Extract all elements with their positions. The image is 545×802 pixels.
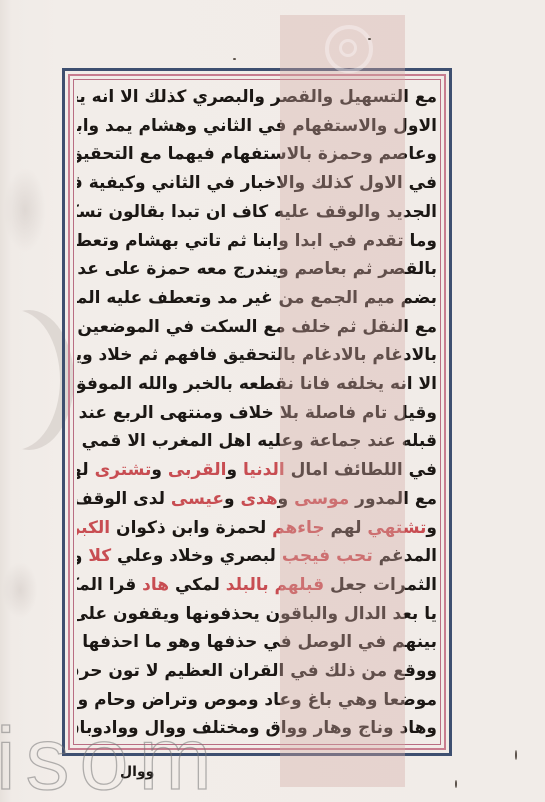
rubric-word: الكبرى [77, 518, 110, 538]
text-segment: و [426, 518, 437, 538]
text-segment: لدى الوقف عليهما [77, 489, 171, 509]
rubric-word: القربى [168, 460, 227, 480]
text-segment: قرا المكي في الوقف بالياء [77, 575, 142, 595]
text-segment: لمكي [169, 575, 226, 595]
text-segment: و [226, 460, 243, 480]
text-segment: لهم وبقصر [77, 460, 95, 480]
rubric-word: تشترى [95, 460, 152, 480]
ink-speck [515, 750, 517, 760]
ink-speck [368, 38, 371, 40]
text-segment: لحمزة وابن ذكوان [110, 518, 272, 538]
rubric-word: عيسى [171, 489, 224, 509]
manuscript-page: مع التسهيل والقصر والبصري كذلك الا انه ي… [0, 0, 545, 802]
library-stamp-overlay [280, 15, 405, 787]
text-segment: والاضجع توقفني [77, 546, 88, 566]
text-segment: لبصري وخلاد وعلي [111, 546, 282, 566]
library-logo-icon [325, 25, 373, 73]
ink-speck [455, 780, 457, 788]
rubric-word: كلا [88, 546, 111, 566]
rubric-word: هاد [142, 575, 169, 595]
ink-speck [233, 58, 236, 60]
rubric-word: الدنيا [243, 460, 285, 480]
rubric-word: هدى [240, 489, 277, 509]
text-segment: و [224, 489, 241, 509]
site-watermark: isom [0, 715, 222, 802]
text-segment: و [151, 460, 168, 480]
